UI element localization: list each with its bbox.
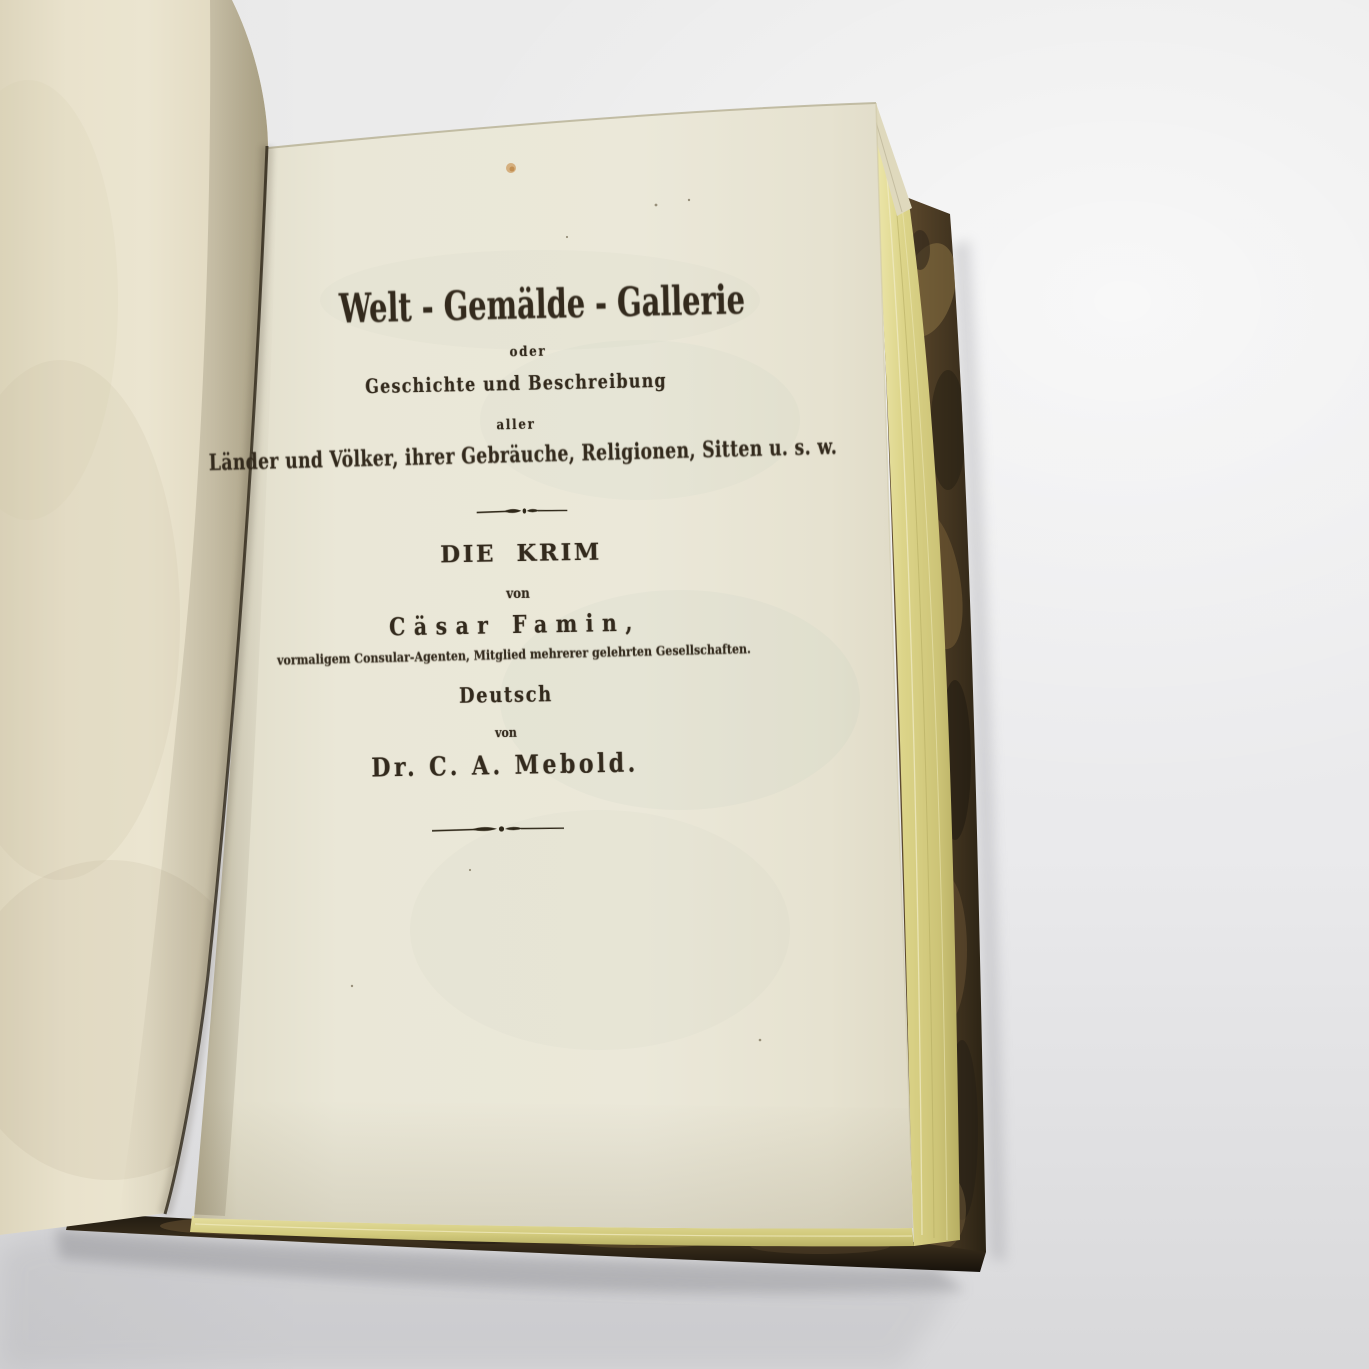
- work-title: DIE KRIM: [440, 539, 602, 569]
- von-label-translator: von: [495, 726, 517, 741]
- ornament-rule-icon: [431, 821, 565, 838]
- von-label-author: von: [506, 586, 530, 602]
- subtitle-line-2: aller: [496, 417, 535, 434]
- ornament-divider-top: [476, 503, 568, 519]
- author-name: Cäsar Famin,: [389, 608, 641, 642]
- translator-name: Dr. C. A. Mebold.: [371, 748, 639, 783]
- open-book-photo: [0, 0, 1369, 1369]
- series-title: Welt - Gemälde - Gallerie: [339, 276, 746, 332]
- ornament-divider-bottom: [431, 821, 565, 838]
- book-photo-scene: Welt - Gemälde - Gallerie oder Geschicht…: [0, 0, 1369, 1369]
- ornament-rule-icon: [476, 503, 568, 519]
- foxing-spot: [506, 163, 516, 173]
- oder-label: oder: [509, 344, 546, 361]
- deutsch-label: Deutsch: [459, 681, 553, 708]
